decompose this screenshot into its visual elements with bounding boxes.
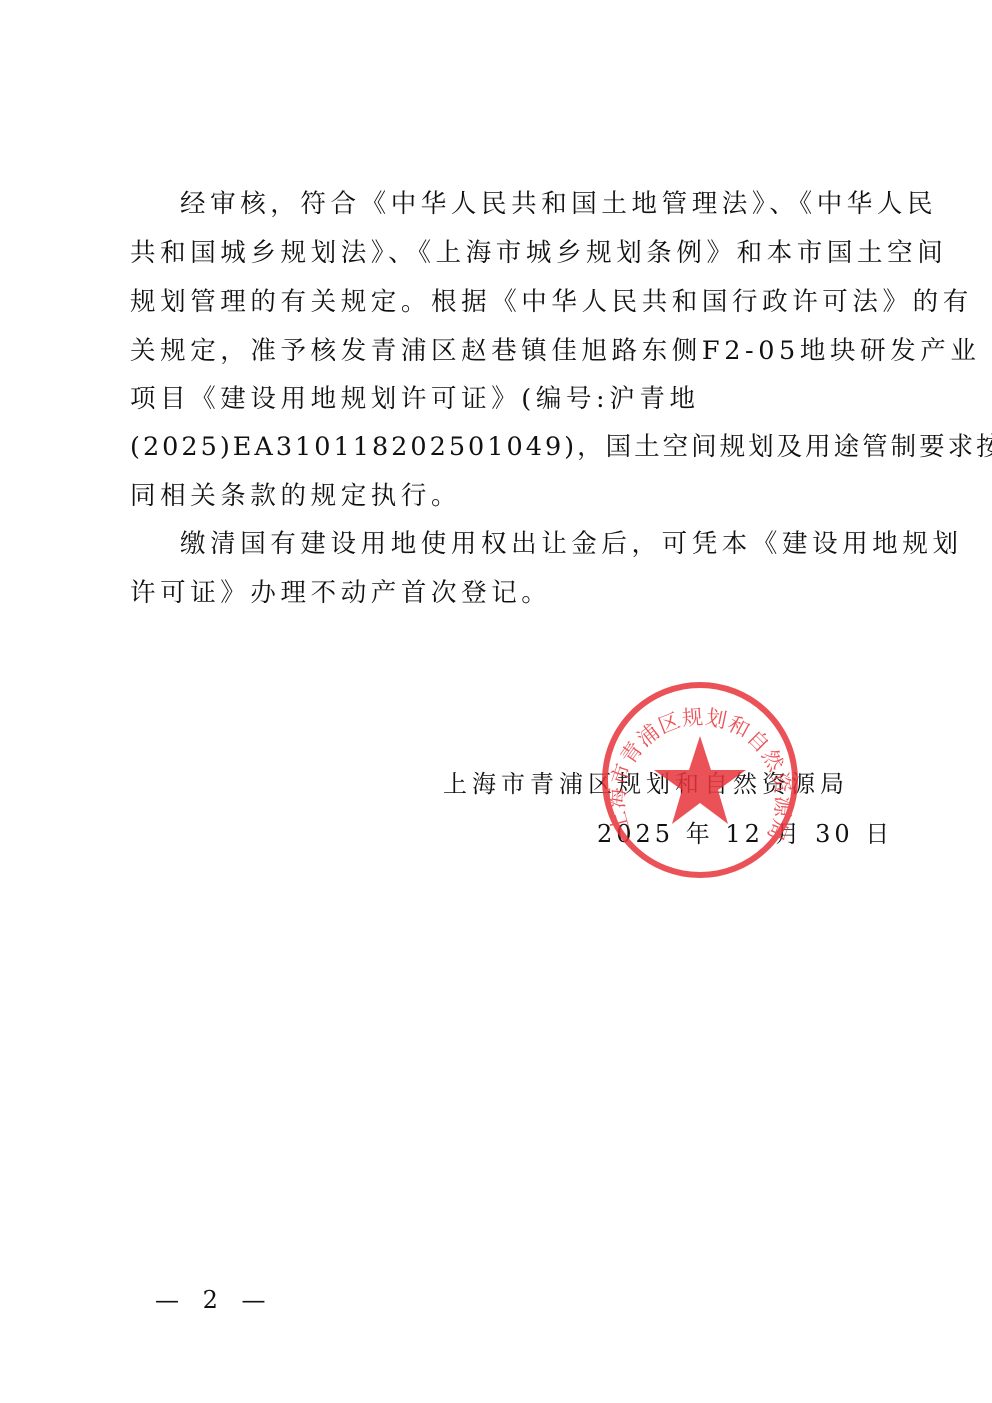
paragraph-2-line-2: 许可证》办理不动产首次登记。 (130, 578, 551, 608)
paragraph-1-line-4: 关规定，准予核发青浦区赵巷镇佳旭路东侧F2-05地块研发产业 (130, 336, 980, 366)
paragraph-1-line-6: (2025)EA310118202501049)，国土空间规划及用途管制要求按合 (130, 432, 992, 462)
official-seal: 上海市青浦区规划和自然资源局 (600, 680, 800, 880)
paragraph-1-line-2: 共和国城乡规划法》、《上海市城乡规划条例》和本市国土空间 (130, 238, 947, 268)
paragraph-1-line-1: 经审核，符合《中华人民共和国土地管理法》、《中华人民 (180, 189, 937, 219)
paragraph-2-line-1: 缴清国有建设用地使用权出让金后，可凭本《建设用地规划 (180, 529, 963, 559)
paragraph-1-line-7: 同相关条款的规定执行。 (130, 481, 461, 511)
page-number: — 2 — (155, 1286, 274, 1314)
document-page: 经审核，符合《中华人民共和国土地管理法》、《中华人民 共和国城乡规划法》、《上海… (0, 0, 992, 1403)
star-icon (654, 736, 746, 824)
paragraph-1-line-5: 项目《建设用地规划许可证》(编号:沪青地 (130, 384, 700, 414)
paragraph-1-line-3: 规划管理的有关规定。根据《中华人民共和国行政许可法》的有 (130, 287, 973, 317)
